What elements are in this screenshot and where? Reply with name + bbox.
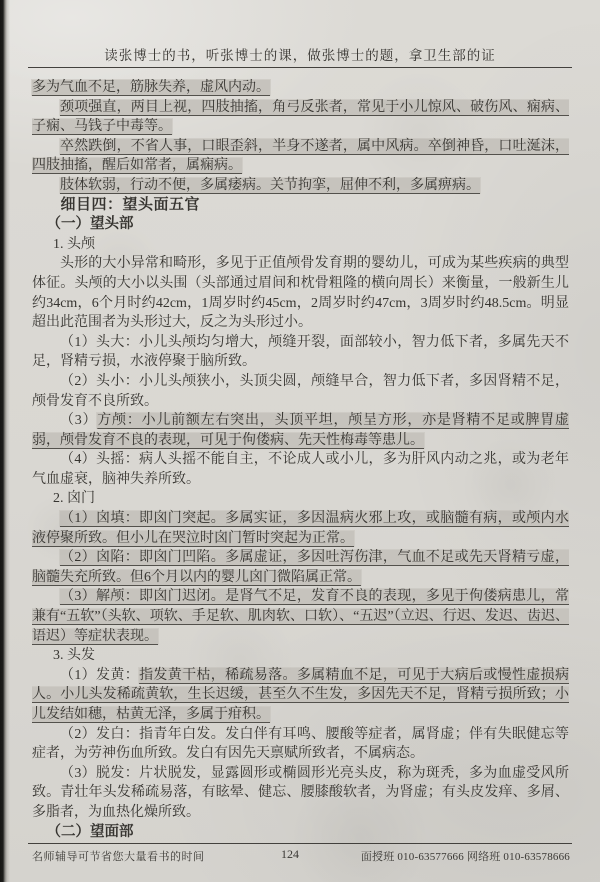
footer-right-text: 面授班 010-63577666 网络班 010-63578666	[361, 848, 570, 864]
paragraph: （1）囟填：即囟门突起。多属实证，多因温病火邪上攻，或脑髓有病，或颅内水液停聚所…	[32, 509, 569, 548]
paragraph: （1）发黄：指发黄干枯，稀疏易落。多属精血不足，可见于大病后或慢性虚损病人。小儿…	[32, 666, 569, 725]
highlighted-text: （2）囟陷：即囟门凹陷。多属虚证，多因吐泻伤津，气血不足或先天肾精亏虚，脑髓失充…	[32, 550, 569, 585]
text-run: 3. 头发	[53, 648, 95, 663]
scan-edge-shadow	[0, 0, 10, 882]
paragraph: （2）头小：小儿头颅狭小，头顶尖圆，颅缝早合，智力低下者，多因肾精不足，颅骨发育…	[32, 372, 569, 411]
page-header-slogan: 读张博士的书，听张博士的课，做张博士的题，拿卫生部的证	[30, 44, 570, 64]
text-run: （3）脱发：片状脱发，显露圆形或椭圆形光亮头皮，称为斑秃，多为血虚受风所致。青壮…	[32, 766, 569, 820]
paragraph: （3）方颅：小儿前额左右突出，头顶平坦，颅呈方形，亦是肾精不足或脾胃虚弱，颅骨发…	[32, 411, 569, 450]
text-run: （一）望头部	[47, 216, 134, 232]
paragraph: （1）头大：小儿头颅均匀增大，颅缝开裂，面部较小，智力低下者，多属先天不足，肾精…	[32, 333, 569, 372]
paragraph: 头形的大小异常和畸形，多见于正值颅骨发育期的婴幼儿，可成为某些疾病的典型体征。头…	[32, 254, 569, 332]
text-run: （1）发黄：	[60, 668, 139, 683]
paragraph: 卒然跌倒，不省人事，口眼歪斜，半身不遂者，属中风病。卒倒神昏，口吐涎沫，四肢抽搐…	[32, 137, 569, 176]
highlighted-text: 肢体软弱，行动不便，多属痿病。关节拘挛，屈伸不利，多属痹病。	[60, 178, 480, 193]
header-rule	[28, 67, 572, 68]
list-item-heading: 1. 头颅	[32, 235, 569, 255]
text-run: 头形的大小异常和畸形，多见于正值颅骨发育期的婴幼儿，可成为某些疾病的典型体征。头…	[32, 256, 569, 330]
highlighted-text: 方颅：小儿前额左右突出，头顶平坦，颅呈方形，亦是肾精不足或脾胃虚弱，颅骨发育不良…	[32, 413, 569, 448]
text-run: （4）头摇：病人头摇不能自主，不论成人或小儿，多为肝风内动之兆，或为老年气血虚衰…	[32, 452, 569, 487]
highlighted-text: （3）解颅：即囟门迟闭。是肾气不足，发育不良的表现，多见于佝偻病患儿，常兼有“五…	[32, 589, 569, 643]
list-item-heading: 3. 头发	[32, 646, 569, 666]
paragraph: （2）发白：指青年白发。发白伴有耳鸣、腰酸等症者，属肾虚；伴有失眠健忘等症者，为…	[32, 725, 569, 764]
highlighted-text: 卒然跌倒，不省人事，口眼歪斜，半身不遂者，属中风病。卒倒神昏，口吐涎沫，四肢抽搐…	[32, 139, 569, 174]
highlighted-text: （1）囟填：即囟门突起。多属实证，多因温病火邪上攻，或脑髓有病，或颅内水液停聚所…	[32, 511, 569, 546]
text-run: （2）头小：小儿头颅狭小，头顶尖圆，颅缝早合，智力低下者，多因肾精不足，颅骨发育…	[32, 374, 569, 409]
text-run: 1. 头颅	[53, 237, 95, 252]
paragraph: （4）头摇：病人头摇不能自主，不论成人或小儿，多为肝风内动之兆，或为老年气血虚衰…	[32, 450, 569, 489]
paragraph: （3）解颅：即囟门迟闭。是肾气不足，发育不良的表现，多见于佝偻病患儿，常兼有“五…	[32, 587, 569, 646]
subsection-heading: （一）望头部	[32, 215, 569, 235]
scanned-book-page: 读张博士的书，听张博士的课，做张博士的题，拿卫生部的证 多为气血不足，筋脉失养，…	[0, 0, 600, 882]
footer-rule	[28, 843, 572, 844]
paragraph: （3）脱发：片状脱发，显露圆形或椭圆形光亮头皮，称为斑秃，多为血虚受风所致。青壮…	[32, 764, 569, 823]
footer-page-number: 124	[265, 847, 315, 862]
paragraph: （2）囟陷：即囟门凹陷。多属虚证，多因吐泻伤津，气血不足或先天肾精亏虚，脑髓失充…	[32, 548, 569, 587]
text-run: 2. 囟门	[53, 491, 95, 506]
document-body: 多为气血不足，筋脉失养，虚风内动。颈项强直，两目上视，四肢抽搐，角弓反张者，常见…	[32, 78, 569, 842]
list-item-heading: 2. 囟门	[32, 489, 569, 509]
text-run: （3）	[60, 413, 97, 428]
paragraph: 颈项强直，两目上视，四肢抽搐，角弓反张者，常见于小儿惊风、破伤风、痫病、子痫、马…	[32, 98, 569, 137]
paragraph: 多为气血不足，筋脉失养，虚风内动。	[32, 78, 569, 98]
text-run: （二）望面部	[47, 824, 134, 840]
subsection-heading: （二）望面部	[32, 823, 569, 843]
highlighted-text: 颈项强直，两目上视，四肢抽搐，角弓反张者，常见于小儿惊风、破伤风、痫病、子痫、马…	[32, 100, 569, 135]
section-heading: 细目四：望头面五官	[32, 196, 569, 216]
text-run: （2）发白：指青年白发。发白伴有耳鸣、腰酸等症者，属肾虚；伴有失眠健忘等症者，为…	[32, 727, 569, 762]
highlighted-text: 多为气血不足，筋脉失养，虚风内动。	[32, 80, 270, 95]
text-run: 细目四：望头面五官	[61, 197, 201, 213]
text-run: （1）头大：小儿头颅均匀增大，颅缝开裂，面部较小，智力低下者，多属先天不足，肾精…	[32, 335, 569, 370]
footer-left-text: 名师辅导可节省您大量看书的时间	[32, 848, 205, 864]
paragraph: 肢体软弱，行动不便，多属痿病。关节拘挛，屈伸不利，多属痹病。	[32, 176, 569, 196]
